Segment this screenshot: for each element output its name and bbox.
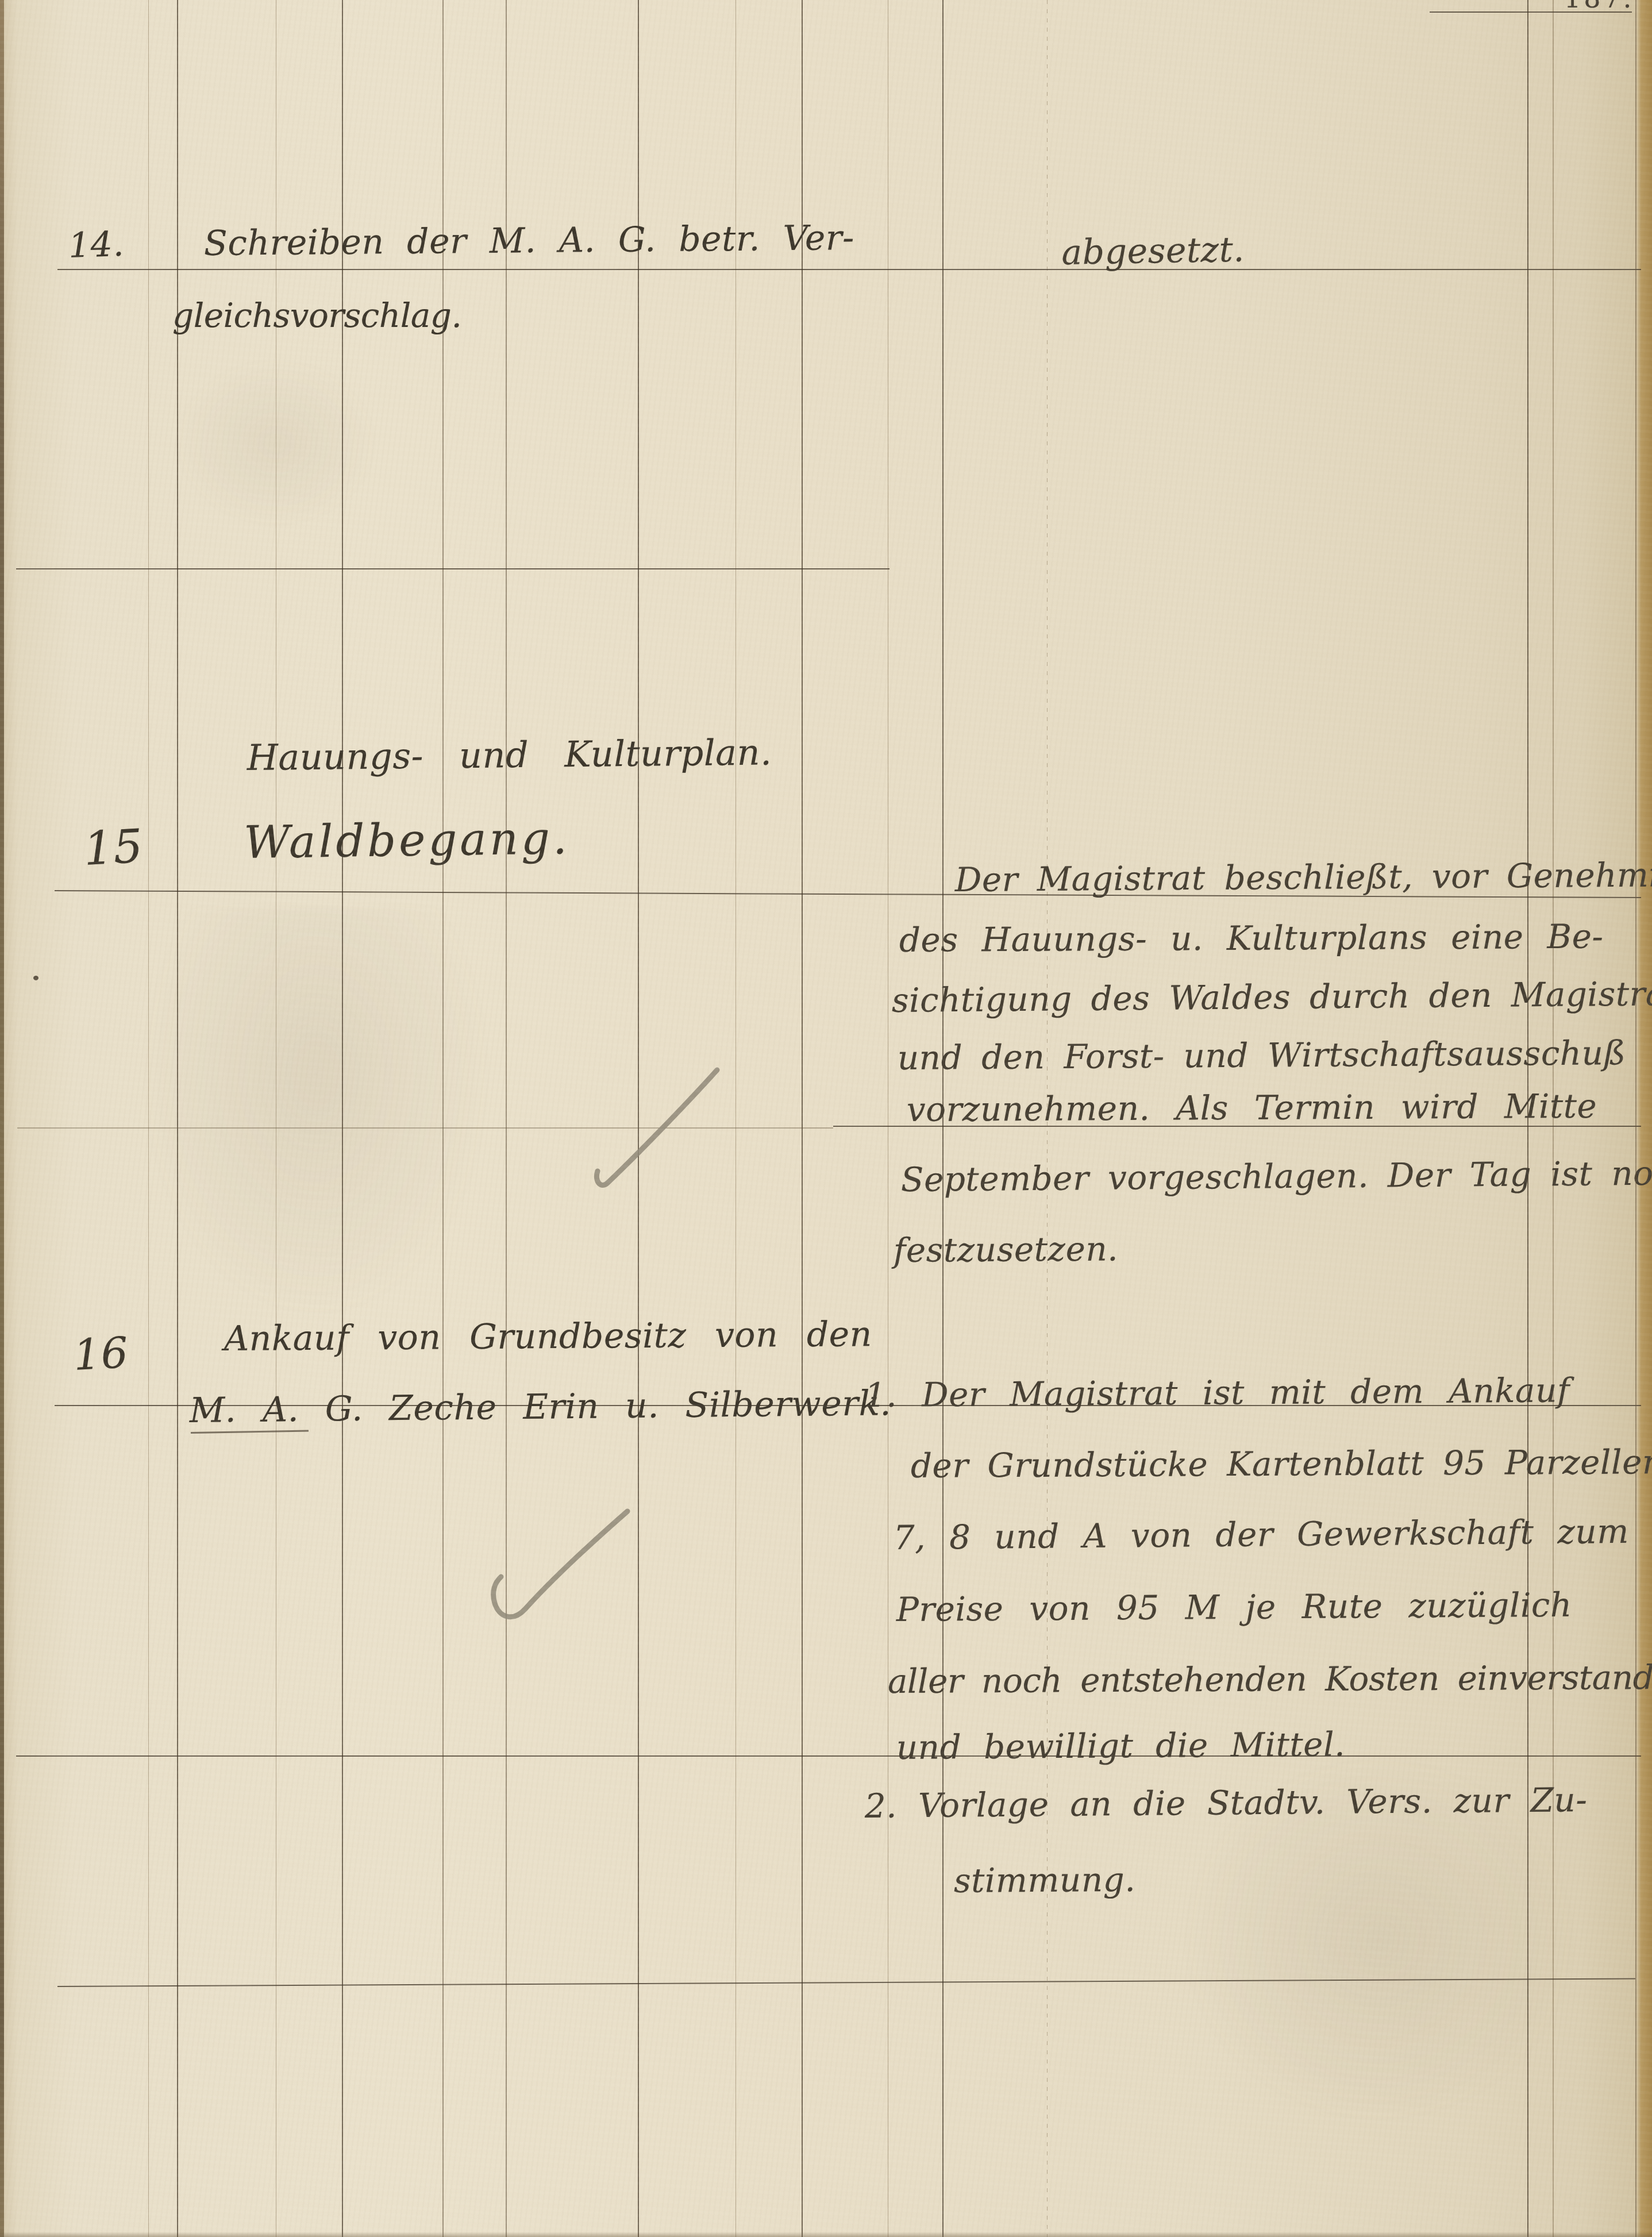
entry-15-resolution-line-3: sichtigung des Waldes durch den Magistra… [891, 977, 1652, 1017]
bleedthrough-smudge [138, 908, 494, 1322]
entry-16-resolution-line-2: der Grundstücke Kartenblatt 95 Parzellen [911, 1445, 1652, 1483]
entry-16-subject-line-2: M. A. G. Zeche Erin u. Silberwerk. [189, 1386, 891, 1428]
row-rule [57, 269, 1641, 270]
document-page: 187. 14. Schreiben der M. A. G. betr. Ve… [0, 0, 1652, 2237]
entry-15-subject-line-1: Hauungs- und Kulturplan. [247, 734, 772, 776]
entry-16-number: 16 [72, 1331, 129, 1377]
entry-15-number: 15 [83, 823, 144, 872]
entry-15-resolution-line-5: vorzunehmen. Als Termin wird Mitte [907, 1089, 1597, 1126]
row-rule [57, 1978, 1635, 1987]
entry-14-number: 14. [68, 227, 125, 263]
column-rule [177, 0, 178, 2237]
column-rule [342, 0, 343, 2237]
pencil-check-mark [494, 1511, 627, 1617]
page-number: 187. [1564, 0, 1634, 11]
entry-16-resolution-line-5: aller noch entstehenden Kosten einversta… [888, 1661, 1652, 1698]
entry-15-resolution-line-7: festzusetzen. [894, 1232, 1119, 1267]
row-rule [17, 1127, 833, 1129]
column-rule [802, 0, 803, 2237]
entry-15-resolution-line-1: Der Magistrat beschließt, vor Genehmigun… [955, 857, 1652, 896]
entry-15-resolution-line-4: und den Forst- und Wirtschaftsausschuß [898, 1036, 1626, 1075]
entry-16-resolution-line-1: 1. Der Magistrat ist mit dem Ankauf [865, 1373, 1570, 1412]
column-rule [148, 0, 149, 2237]
ink-dot [33, 976, 38, 980]
entry-15-resolution-line-6: September vorgeschlagen. Der Tag ist noc… [900, 1156, 1652, 1196]
column-rule [276, 0, 276, 2237]
page-bottom-edge [0, 2232, 1652, 2237]
entry-14-subject-line-1: Schreiben der M. A. G. betr. Ver- [203, 221, 854, 261]
column-rule [442, 0, 444, 2237]
entry-14-resolution-line-1: abgesetzt. [1061, 232, 1245, 270]
entry-16-resolution-line-8: stimmung. [954, 1863, 1136, 1897]
column-rule [735, 0, 736, 2237]
entry-16-resolution-line-7: 2. Vorlage an die Stadtv. Vers. zur Zu- [864, 1783, 1587, 1823]
page-right-edge [1635, 0, 1636, 2237]
entry-14-subject-line-2: gleichsvorschlag. [172, 299, 461, 332]
page-left-edge [0, 0, 4, 2237]
row-rule [16, 568, 889, 569]
entry-16-resolution-line-4: Preise von 95 M je Rute zuzüglich [896, 1588, 1572, 1626]
entry-16-resolution-line-6: und bewilligt die Mittel. [896, 1728, 1346, 1764]
entry-16-resolution-line-3: 7, 8 und A von der Gewerkschaft zum [893, 1515, 1629, 1554]
column-rule [638, 0, 639, 2237]
column-rule [888, 0, 888, 2237]
entry-15-resolution-line-2: des Hauungs- u. Kulturplans eine Be- [899, 920, 1604, 957]
row-rule [16, 1755, 1641, 1757]
column-rule [506, 0, 507, 2237]
entry-16-subject-line-1: Ankauf von Grundbesitz von den [224, 1317, 872, 1356]
entry-15-subject-line-2: Waldbegang. [244, 816, 570, 865]
